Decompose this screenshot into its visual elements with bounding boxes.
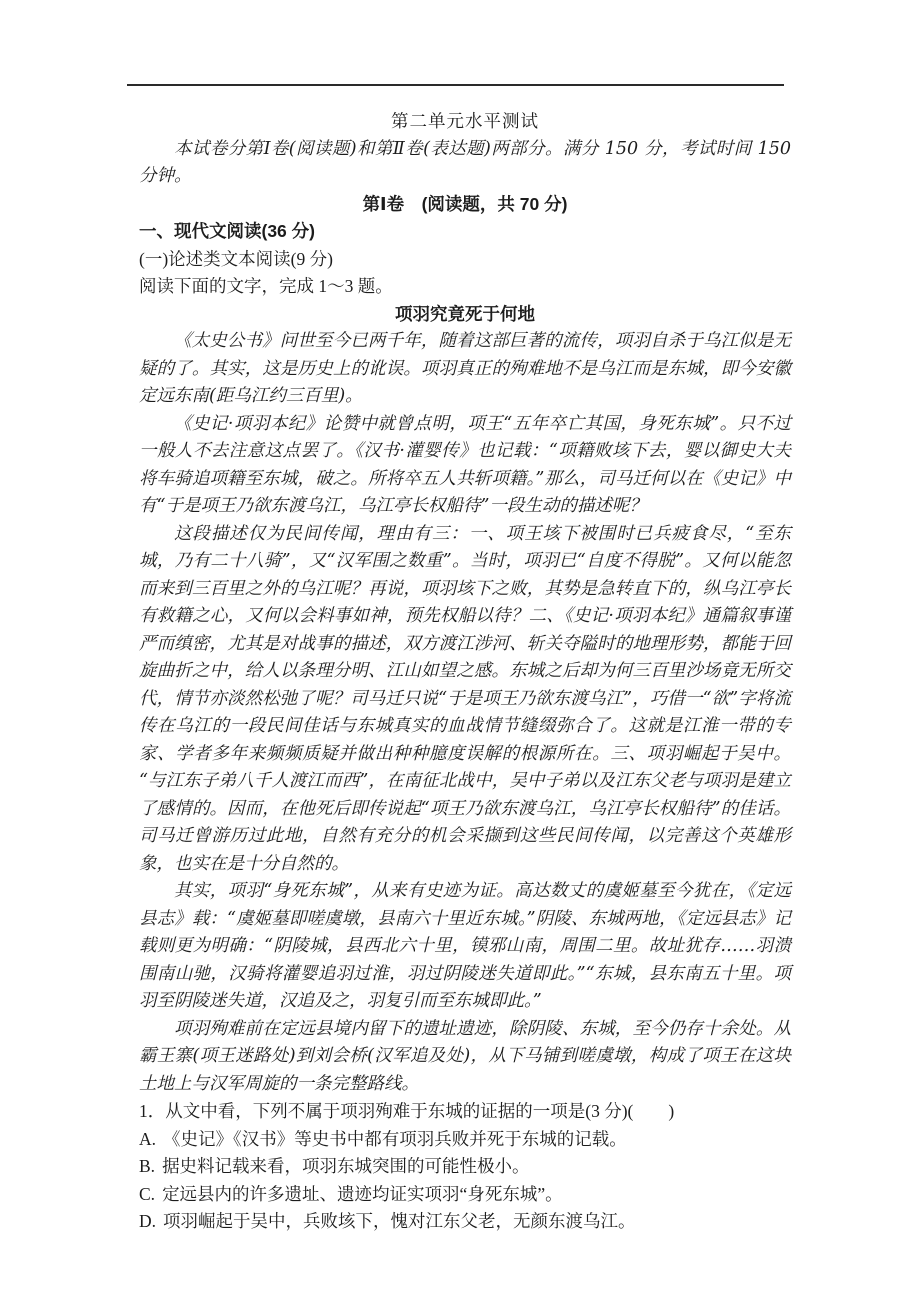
exam-content: 第二单元水平测试 本试卷分第Ⅰ卷(阅读题)和第Ⅱ卷(表达题)两部分。满分 150… (139, 108, 791, 1236)
option-d-label: D. (139, 1211, 156, 1231)
question-1-option-b: B.据史料记载来看，项羽东城突围的可能性极小。 (139, 1153, 791, 1181)
header-rule (127, 84, 784, 86)
passage-paragraph-2: 《史记·项羽本纪》论赞中就曾点明，项王“五年卒亡其国，身死东城”。只不过一般人不… (139, 411, 791, 521)
question-1-option-d: D.项羽崛起于吴中，兵败垓下，愧对江东父老，无颜东渡乌江。 (139, 1208, 791, 1236)
subsection-heading-argumentative-reading: (一)论述类文本阅读(9 分) (139, 246, 791, 274)
question-1: 1．从文中看，下列不属于项羽殉难于东城的证据的一项是(3 分)( ) A.《史记… (139, 1098, 791, 1236)
passage-paragraph-3: 这段描述仅为民间传闻，理由有三：一、项王垓下被围时已兵疲食尽，“至东城，乃有二十… (139, 521, 791, 879)
document-page: 第二单元水平测试 本试卷分第Ⅰ卷(阅读题)和第Ⅱ卷(表达题)两部分。满分 150… (0, 0, 920, 1302)
option-a-label: A. (139, 1129, 156, 1149)
exam-title: 第二单元水平测试 (139, 108, 791, 136)
option-b-label: B. (139, 1156, 155, 1176)
option-b-text: 据史料记载来看，项羽东城突围的可能性极小。 (162, 1156, 530, 1176)
section-heading-modern-reading: 一、现代文阅读(36 分) (139, 218, 791, 246)
question-1-option-c: C.定远县内的许多遗址、遗迹均证实项羽“身死东城”。 (139, 1181, 791, 1209)
passage-paragraph-4: 其实，项羽“身死东城”，从来有史迹为证。高达数丈的虞姬墓至今犹在，《定远县志》载… (139, 878, 791, 1016)
reading-passage: 项羽究竟死于何地 《太史公书》问世至今已两千年，随着这部巨著的流传，项羽自杀于乌… (139, 301, 791, 1099)
passage-title: 项羽究竟死于何地 (139, 301, 791, 329)
exam-intro: 本试卷分第Ⅰ卷(阅读题)和第Ⅱ卷(表达题)两部分。满分 150 分，考试时间 1… (139, 136, 791, 191)
passage-paragraph-1: 《太史公书》问世至今已两千年，随着这部巨著的流传，项羽自杀于乌江似是无疑的了。其… (139, 328, 791, 411)
volume-heading: 第Ⅰ卷 (阅读题，共 70 分) (139, 191, 791, 219)
question-1-option-a: A.《史记》《汉书》等史书中都有项羽兵败并死于东城的记载。 (139, 1126, 791, 1154)
option-d-text: 项羽崛起于吴中，兵败垓下，愧对江东父老，无颜东渡乌江。 (163, 1211, 636, 1231)
option-c-text: 定远县内的许多遗址、遗迹均证实项羽“身死东城”。 (162, 1184, 563, 1204)
passage-paragraph-5: 项羽殉难前在定远县境内留下的遗址遗迹，除阴陵、东城，至今仍存十余处。从霸王寨(项… (139, 1016, 791, 1099)
option-c-label: C. (139, 1184, 155, 1204)
reading-instruction: 阅读下面的文字，完成 1～3 题。 (139, 273, 791, 301)
question-1-stem: 1．从文中看，下列不属于项羽殉难于东城的证据的一项是(3 分)( ) (139, 1098, 791, 1126)
option-a-text: 《史记》《汉书》等史书中都有项羽兵败并死于东城的记载。 (163, 1129, 627, 1149)
